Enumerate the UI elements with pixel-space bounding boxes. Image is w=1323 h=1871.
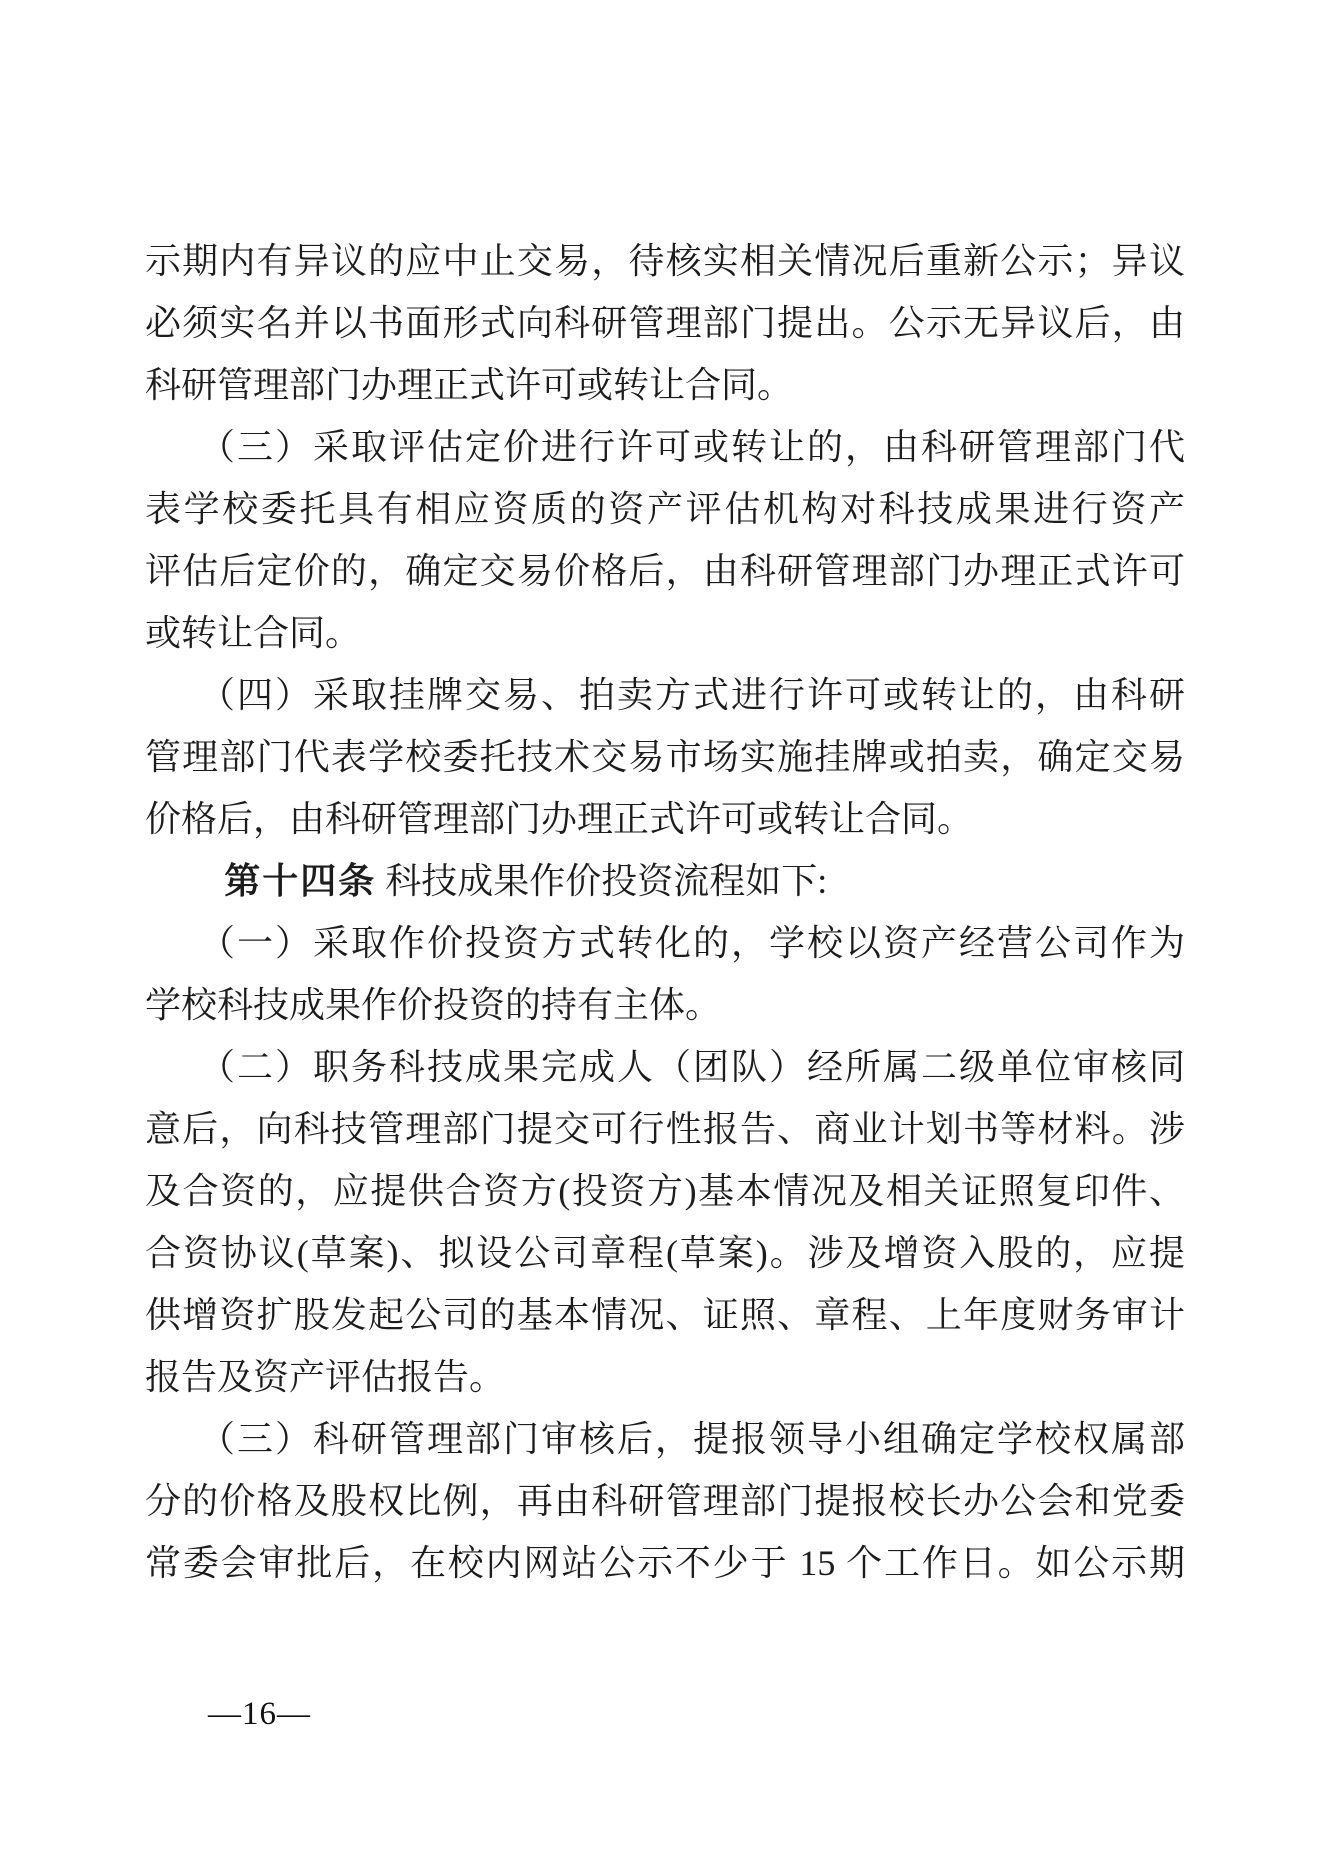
text-block: 示期内有异议的应中止交易，待核实相关情况后重新公示；异议必须实名并以书面形式向科… [145,230,1185,1594]
text-line: 或转让合同。 [145,602,1185,664]
text-line: 示期内有异议的应中止交易，待核实相关情况后重新公示；异议 [145,230,1185,292]
text-line: （三）采取评估定价进行许可或转让的，由科研管理部门代 [145,416,1185,478]
text-line: 必须实名并以书面形式向科研管理部门提出。公示无异议后，由 [145,292,1185,354]
text-line: （三）科研管理部门审核后，提报领导小组确定学校权属部 [145,1408,1185,1470]
document-page: 示期内有异议的应中止交易，待核实相关情况后重新公示；异议必须实名并以书面形式向科… [0,0,1323,1871]
text-line: 合资协议(草案)、拟设公司章程(草案)。涉及增资入股的，应提 [145,1222,1185,1284]
article-heading: 第十四条 [224,861,376,901]
text-line: 第十四条 科技成果作价投资流程如下: [145,850,1185,912]
text-line: 管理部门代表学校委托技术交易市场实施挂牌或拍卖，确定交易 [145,726,1185,788]
text-line: （二）职务科技成果完成人（团队）经所属二级单位审核同 [145,1036,1185,1098]
text-line: （四）采取挂牌交易、拍卖方式进行许可或转让的，由科研 [145,664,1185,726]
text-line: 表学校委托具有相应资质的资产评估机构对科技成果进行资产 [145,478,1185,540]
text-line: 学校科技成果作价投资的持有主体。 [145,974,1185,1036]
text-line: 评估后定价的，确定交易价格后，由科研管理部门办理正式许可 [145,540,1185,602]
page-number: —16— [208,1692,311,1736]
text-line: 常委会审批后，在校内网站公示不少于 15 个工作日。如公示期 [145,1532,1185,1594]
text-line: 价格后，由科研管理部门办理正式许可或转让合同。 [145,788,1185,850]
text-line: 科研管理部门办理正式许可或转让合同。 [145,354,1185,416]
text-line: 分的价格及股权比例，再由科研管理部门提报校长办公会和党委 [145,1470,1185,1532]
text-line: 意后，向科技管理部门提交可行性报告、商业计划书等材料。涉 [145,1098,1185,1160]
text-line: （一）采取作价投资方式转化的，学校以资产经营公司作为 [145,912,1185,974]
text-line: 报告及资产评估报告。 [145,1346,1185,1408]
text-line: 及合资的，应提供合资方(投资方)基本情况及相关证照复印件、 [145,1160,1185,1222]
text-line: 供增资扩股发起公司的基本情况、证照、章程、上年度财务审计 [145,1284,1185,1346]
